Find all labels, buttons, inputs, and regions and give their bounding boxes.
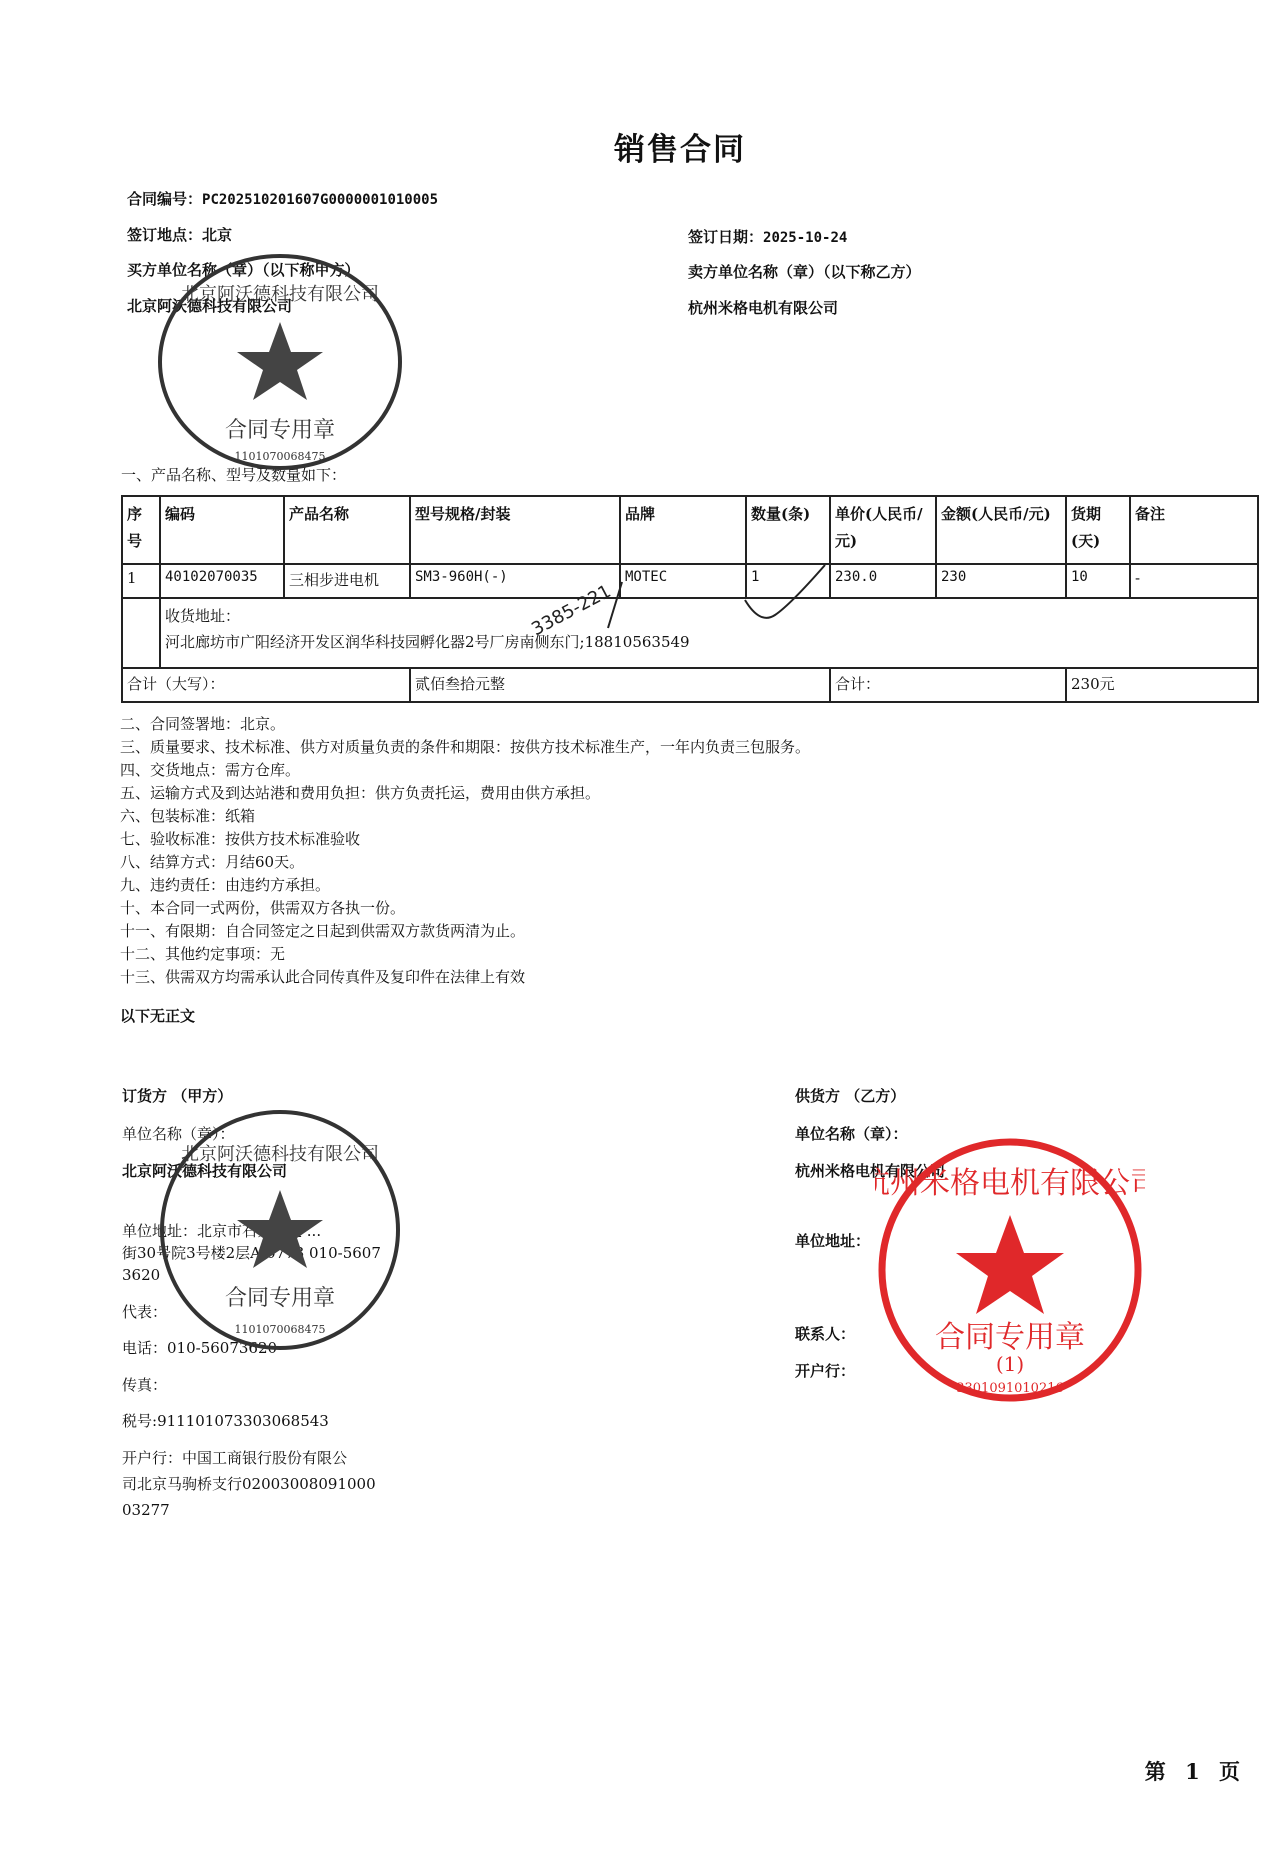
svg-text:合同专用章: 合同专用章	[935, 1320, 1085, 1355]
total-upper-label: 合计（大写）：	[122, 668, 410, 702]
cell-lead-time: 10	[1066, 564, 1130, 598]
cell-code: 40102070035	[160, 564, 284, 598]
buyer-bank: 开户行：中国工商银行股份有限公	[122, 1447, 381, 1469]
buyer-representative: 代表：	[122, 1301, 381, 1337]
buyer-address-line2: 街30号院3号楼2层A-0773 010-5607	[122, 1242, 381, 1264]
address-row: 收货地址： 河北廊坊市广阳经济开发区润华科技园孵化器2号厂房南侧东门;18810…	[122, 598, 1258, 668]
clause: 三、质量要求、技术标准、供方对质量负责的条件和期限：按供方技术标准生产，一年内负…	[120, 736, 810, 759]
seller-contact-label: 联系人：	[795, 1323, 945, 1360]
buyer-phone: 电话：010-56073620	[122, 1337, 381, 1374]
sign-date: 签订日期：2025-10-24	[688, 226, 847, 247]
contract-clauses: 二、合同签署地：北京。 三、质量要求、技术标准、供方对质量负责的条件和期限：按供…	[120, 713, 810, 989]
header-seq: 序号	[122, 496, 160, 564]
seller-address-label: 单位地址：	[795, 1230, 945, 1323]
cell-seq: 1	[122, 564, 160, 598]
buyer-heading: 订货方 （甲方）	[122, 1085, 381, 1123]
table-row: 1 40102070035 三相步进电机 SM3-960H(-) MOTEC 1…	[122, 564, 1258, 598]
buyer-header: 买方单位名称（章）（以下称甲方）	[127, 259, 360, 280]
clause: 十二、其他约定事项：无	[120, 943, 810, 966]
seller-heading: 供货方 （乙方）	[795, 1085, 945, 1123]
header-code: 编码	[160, 496, 284, 564]
clause: 七、验收标准：按供方技术标准验收	[120, 828, 810, 851]
cell-brand: MOTEC	[620, 564, 746, 598]
slash-mark-icon	[600, 580, 630, 630]
buyer-name: 北京阿沃德科技有限公司	[127, 295, 292, 316]
check-mark-icon	[740, 560, 830, 620]
svg-text:3301091010216: 3301091010216	[956, 1381, 1064, 1396]
delivery-address-value: 河北廊坊市广阳经济开发区润华科技园孵化器2号厂房南侧东门;18810563549	[165, 629, 1253, 655]
table-header-row: 序号 编码 产品名称 型号规格/封装 品牌 数量(条) 单价(人民币/元) 金额…	[122, 496, 1258, 564]
clause: 四、交货地点：需方仓库。	[120, 759, 810, 782]
clause: 二、合同签署地：北京。	[120, 713, 810, 736]
clause: 十三、供需双方均需承认此合同传真件及复印件在法律上有效	[120, 966, 810, 989]
buyer-bank-line3: 03277	[122, 1499, 381, 1521]
cell-remark: -	[1130, 564, 1258, 598]
total-value: 230元	[1066, 668, 1258, 702]
page-number: 第 1 页	[1145, 1756, 1246, 1786]
cell-unit-price: 230.0	[830, 564, 936, 598]
seller-bank-label: 开户行：	[795, 1360, 945, 1382]
clause: 五、运输方式及到达站港和费用负担：供方负责托运，费用由供方承担。	[120, 782, 810, 805]
sign-date-value: 2025-10-24	[763, 230, 847, 246]
total-upper-value: 贰佰叁拾元整	[410, 668, 830, 702]
buyer-address: 单位地址：北京市石景山区 ...	[122, 1220, 381, 1242]
buyer-stamp-top: 合同专用章 北京阿沃德科技有限公司 1101070068475	[155, 252, 405, 472]
product-table: 序号 编码 产品名称 型号规格/封装 品牌 数量(条) 单价(人民币/元) 金额…	[121, 495, 1259, 703]
seller-unit-name: 杭州米格电机有限公司	[795, 1160, 945, 1230]
seller-unit-label: 单位名称（章）：	[795, 1123, 945, 1160]
header-model: 型号规格/封装	[410, 496, 620, 564]
svg-text:(1): (1)	[996, 1352, 1024, 1376]
cell-product-name: 三相步进电机	[284, 564, 410, 598]
delivery-address-label: 收货地址：	[165, 603, 1253, 629]
delivery-address: 收货地址： 河北廊坊市广阳经济开发区润华科技园孵化器2号厂房南侧东门;18810…	[160, 598, 1258, 668]
header-amount: 金额(人民币/元)	[936, 496, 1066, 564]
buyer-fax: 传真：	[122, 1374, 381, 1410]
buyer-bank-line2: 司北京马驹桥支行02003008091000	[122, 1473, 381, 1495]
sign-place-label: 签订地点：	[127, 226, 202, 244]
header-lead-time: 货期(天)	[1066, 496, 1130, 564]
seller-block: 供货方 （乙方） 单位名称（章）： 杭州米格电机有限公司 单位地址： 联系人： …	[795, 1085, 945, 1382]
svg-text:1101070068475: 1101070068475	[235, 450, 326, 463]
svg-text:合同专用章: 合同专用章	[225, 418, 335, 443]
buyer-block: 订货方 （甲方） 单位名称（章）： 北京阿沃德科技有限公司 单位地址：北京市石景…	[122, 1085, 381, 1521]
buyer-unit-name: 北京阿沃德科技有限公司	[122, 1160, 381, 1220]
clause: 六、包装标准：纸箱	[120, 805, 810, 828]
sign-place: 签订地点：北京	[127, 224, 232, 245]
clause: 十一、有限期：自合同签定之日起到供需双方款货两清为止。	[120, 920, 810, 943]
contract-number-value: PC202510201607G0000001010005	[202, 192, 438, 208]
header-product-name: 产品名称	[284, 496, 410, 564]
seller-name: 杭州米格电机有限公司	[688, 297, 838, 318]
cell-amount: 230	[936, 564, 1066, 598]
buyer-address-line3: 3620	[122, 1264, 381, 1301]
buyer-seal-icon: 合同专用章 北京阿沃德科技有限公司 1101070068475	[155, 252, 405, 472]
header-unit-price: 单价(人民币/元)	[830, 496, 936, 564]
clause: 十、本合同一式两份，供需双方各执一份。	[120, 897, 810, 920]
end-note: 以下无正文	[120, 1005, 195, 1026]
contract-number: 合同编号：PC202510201607G0000001010005	[127, 188, 438, 209]
clause: 八、结算方式：月结60天。	[120, 851, 810, 874]
header-brand: 品牌	[620, 496, 746, 564]
header-remark: 备注	[1130, 496, 1258, 564]
section-1-heading: 一、产品名称、型号及数量如下：	[121, 464, 346, 485]
contract-number-label: 合同编号：	[127, 190, 202, 208]
document-title: 销售合同	[0, 124, 1280, 169]
buyer-tax-no: 税号:911101073303068543	[122, 1410, 381, 1447]
total-label: 合计：	[830, 668, 1066, 702]
header-qty: 数量(条)	[746, 496, 830, 564]
clause: 九、违约责任：由违约方承担。	[120, 874, 810, 897]
sign-place-value: 北京	[202, 226, 232, 244]
seller-header: 卖方单位名称（章）（以下称乙方）	[688, 261, 921, 282]
total-row: 合计（大写）： 贰佰叁拾元整 合计： 230元	[122, 668, 1258, 702]
buyer-unit-label: 单位名称（章）：	[122, 1123, 381, 1160]
sign-date-label: 签订日期：	[688, 228, 763, 246]
